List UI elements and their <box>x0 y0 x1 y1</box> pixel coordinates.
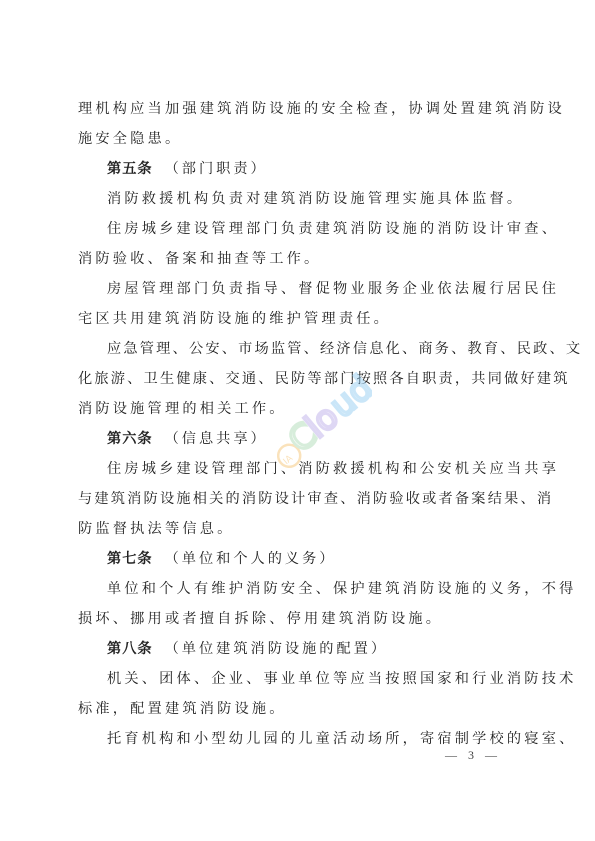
line-3: 消防救援机构负责对建筑消防设施管理实施具体监督。 <box>78 184 520 214</box>
article-5-heading: 第五条（部门职责） <box>78 154 520 184</box>
line-5: 消防验收、备案和抽查等工作。 <box>78 244 520 274</box>
line-7: 宅区共用建筑消防设施的维护管理责任。 <box>78 304 520 334</box>
line-0: 理机构应当加强建筑消防设施的安全检查，协调处置建筑消防设 <box>78 94 520 124</box>
article-number: 第六条 <box>107 431 153 447</box>
line-13: 与建筑消防设施相关的消防设计审查、消防验收或者备案结果、消 <box>78 484 520 514</box>
article-title: （单位建筑消防设施的配置） <box>165 641 388 657</box>
page-number: — 3 — <box>445 748 501 763</box>
article-title: （信息共享） <box>165 431 268 447</box>
line-4: 住房城乡建设管理部门负责建筑消防设施的消防设计审查、 <box>78 214 520 244</box>
line-6: 房屋管理部门负责指导、督促物业服务企业依法履行居民住 <box>78 274 520 304</box>
article-title: （单位和个人的义务） <box>165 551 337 567</box>
line-12: 住房城乡建设管理部门、消防救援机构和公安机关应当共享 <box>78 454 520 484</box>
article-title: （部门职责） <box>165 161 268 177</box>
line-14: 防监督执法等信息。 <box>78 514 520 544</box>
line-19: 机关、团体、企业、事业单位等应当按照国家和行业消防技术 <box>78 664 520 694</box>
line-16: 单位和个人有维护消防安全、保护建筑消防设施的义务，不得 <box>78 574 520 604</box>
article-8-heading: 第八条（单位建筑消防设施的配置） <box>78 634 520 664</box>
article-6-heading: 第六条（信息共享） <box>78 424 520 454</box>
line-8: 应急管理、公安、市场监管、经济信息化、商务、教育、民政、文 <box>78 334 520 364</box>
line-17: 损坏、挪用或者擅自拆除、停用建筑消防设施。 <box>78 604 520 634</box>
document-page: 理机构应当加强建筑消防设施的安全检查，协调处置建筑消防设 施安全隐患。 第五条（… <box>78 94 520 754</box>
article-number: 第七条 <box>107 551 153 567</box>
article-number: 第五条 <box>107 161 153 177</box>
line-1: 施安全隐患。 <box>78 124 520 154</box>
line-9: 化旅游、卫生健康、交通、民防等部门按照各自职责，共同做好建筑 <box>78 364 520 394</box>
article-number: 第八条 <box>107 641 153 657</box>
line-20: 标准，配置建筑消防设施。 <box>78 694 520 724</box>
article-7-heading: 第七条（单位和个人的义务） <box>78 544 520 574</box>
line-10: 消防设施管理的相关工作。 <box>78 394 520 424</box>
